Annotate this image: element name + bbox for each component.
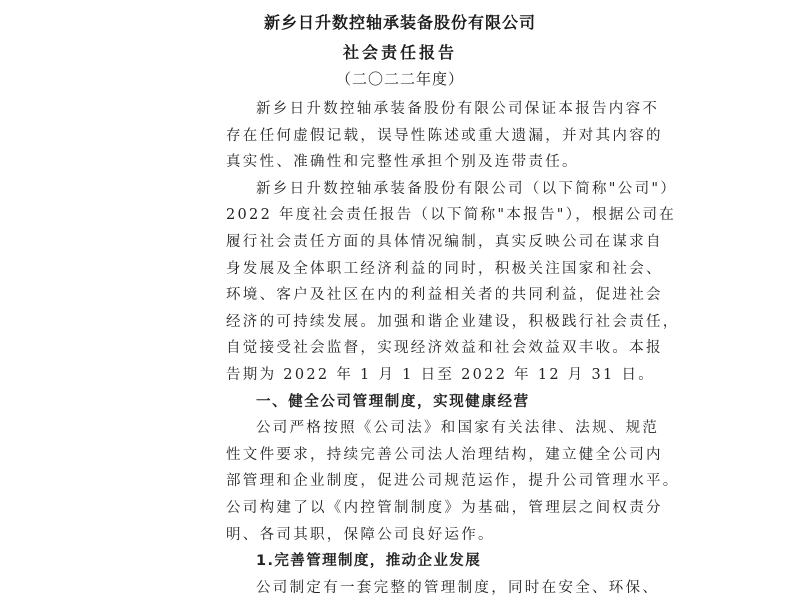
paragraph-line: 新乡日升数控轴承装备股份有限公司保证本报告内容不 (226, 96, 576, 123)
report-year: （二〇二二年度） (0, 68, 800, 89)
company-title: 新乡日升数控轴承装备股份有限公司 (0, 10, 800, 33)
paragraph-line: 新乡日升数控轴承装备股份有限公司（以下简称"公司"） (226, 176, 576, 203)
paragraph-line: 告期为 2022 年 1 月 1 日至 2022 年 12 月 31 日。 (226, 362, 576, 389)
paragraph-line: 环境、客户及社区在内的利益相关者的共同利益，促进社会 (226, 282, 576, 309)
subsection-heading: 1.完善管理制度，推动企业发展 (226, 548, 576, 575)
paragraph-line: 部管理和企业制度，促进公司规范运作，提升公司管理水平。 (226, 468, 576, 495)
paragraph-line: 公司制定有一套完整的管理制度，同时在安全、环保、 (226, 575, 576, 600)
report-body: 新乡日升数控轴承装备股份有限公司保证本报告内容不 存在任何虚假记载，误导性陈述或… (226, 96, 576, 600)
paragraph-line: 自觉接受社会监督，实现经济效益和社会效益双丰收。本报 (226, 335, 576, 362)
paragraph-line: 身发展及全体职工经济利益的同时，积极关注国家和社会、 (226, 256, 576, 283)
paragraph-line: 存在任何虚假记载，误导性陈述或重大遗漏，并对其内容的 (226, 123, 576, 150)
paragraph-line: 性文件要求，持续完善公司法人治理结构，建立健全公司内 (226, 442, 576, 469)
paragraph-line: 履行社会责任方面的具体情况编制，真实反映公司在谋求自 (226, 229, 576, 256)
report-title: 社会责任报告 (0, 40, 800, 63)
paragraph-line: 真实性、准确性和完整性承担个别及连带责任。 (226, 149, 576, 176)
section-heading: 一、健全公司管理制度，实现健康经营 (226, 389, 576, 416)
paragraph-line: 经济的可持续发展。加强和谐企业建设，积极践行社会责任， (226, 309, 576, 336)
paragraph-line: 公司构建了以《内控管制制度》为基础，管理层之间权责分 (226, 495, 576, 522)
paragraph-line: 2022 年度社会责任报告（以下简称"本报告"），根据公司在 (226, 202, 576, 229)
document-page: 新乡日升数控轴承装备股份有限公司 社会责任报告 （二〇二二年度） 新乡日升数控轴… (0, 0, 800, 600)
paragraph-line: 明、各司其职，保障公司良好运作。 (226, 522, 576, 549)
paragraph-line: 公司严格按照《公司法》和国家有关法律、法规、规范 (226, 415, 576, 442)
